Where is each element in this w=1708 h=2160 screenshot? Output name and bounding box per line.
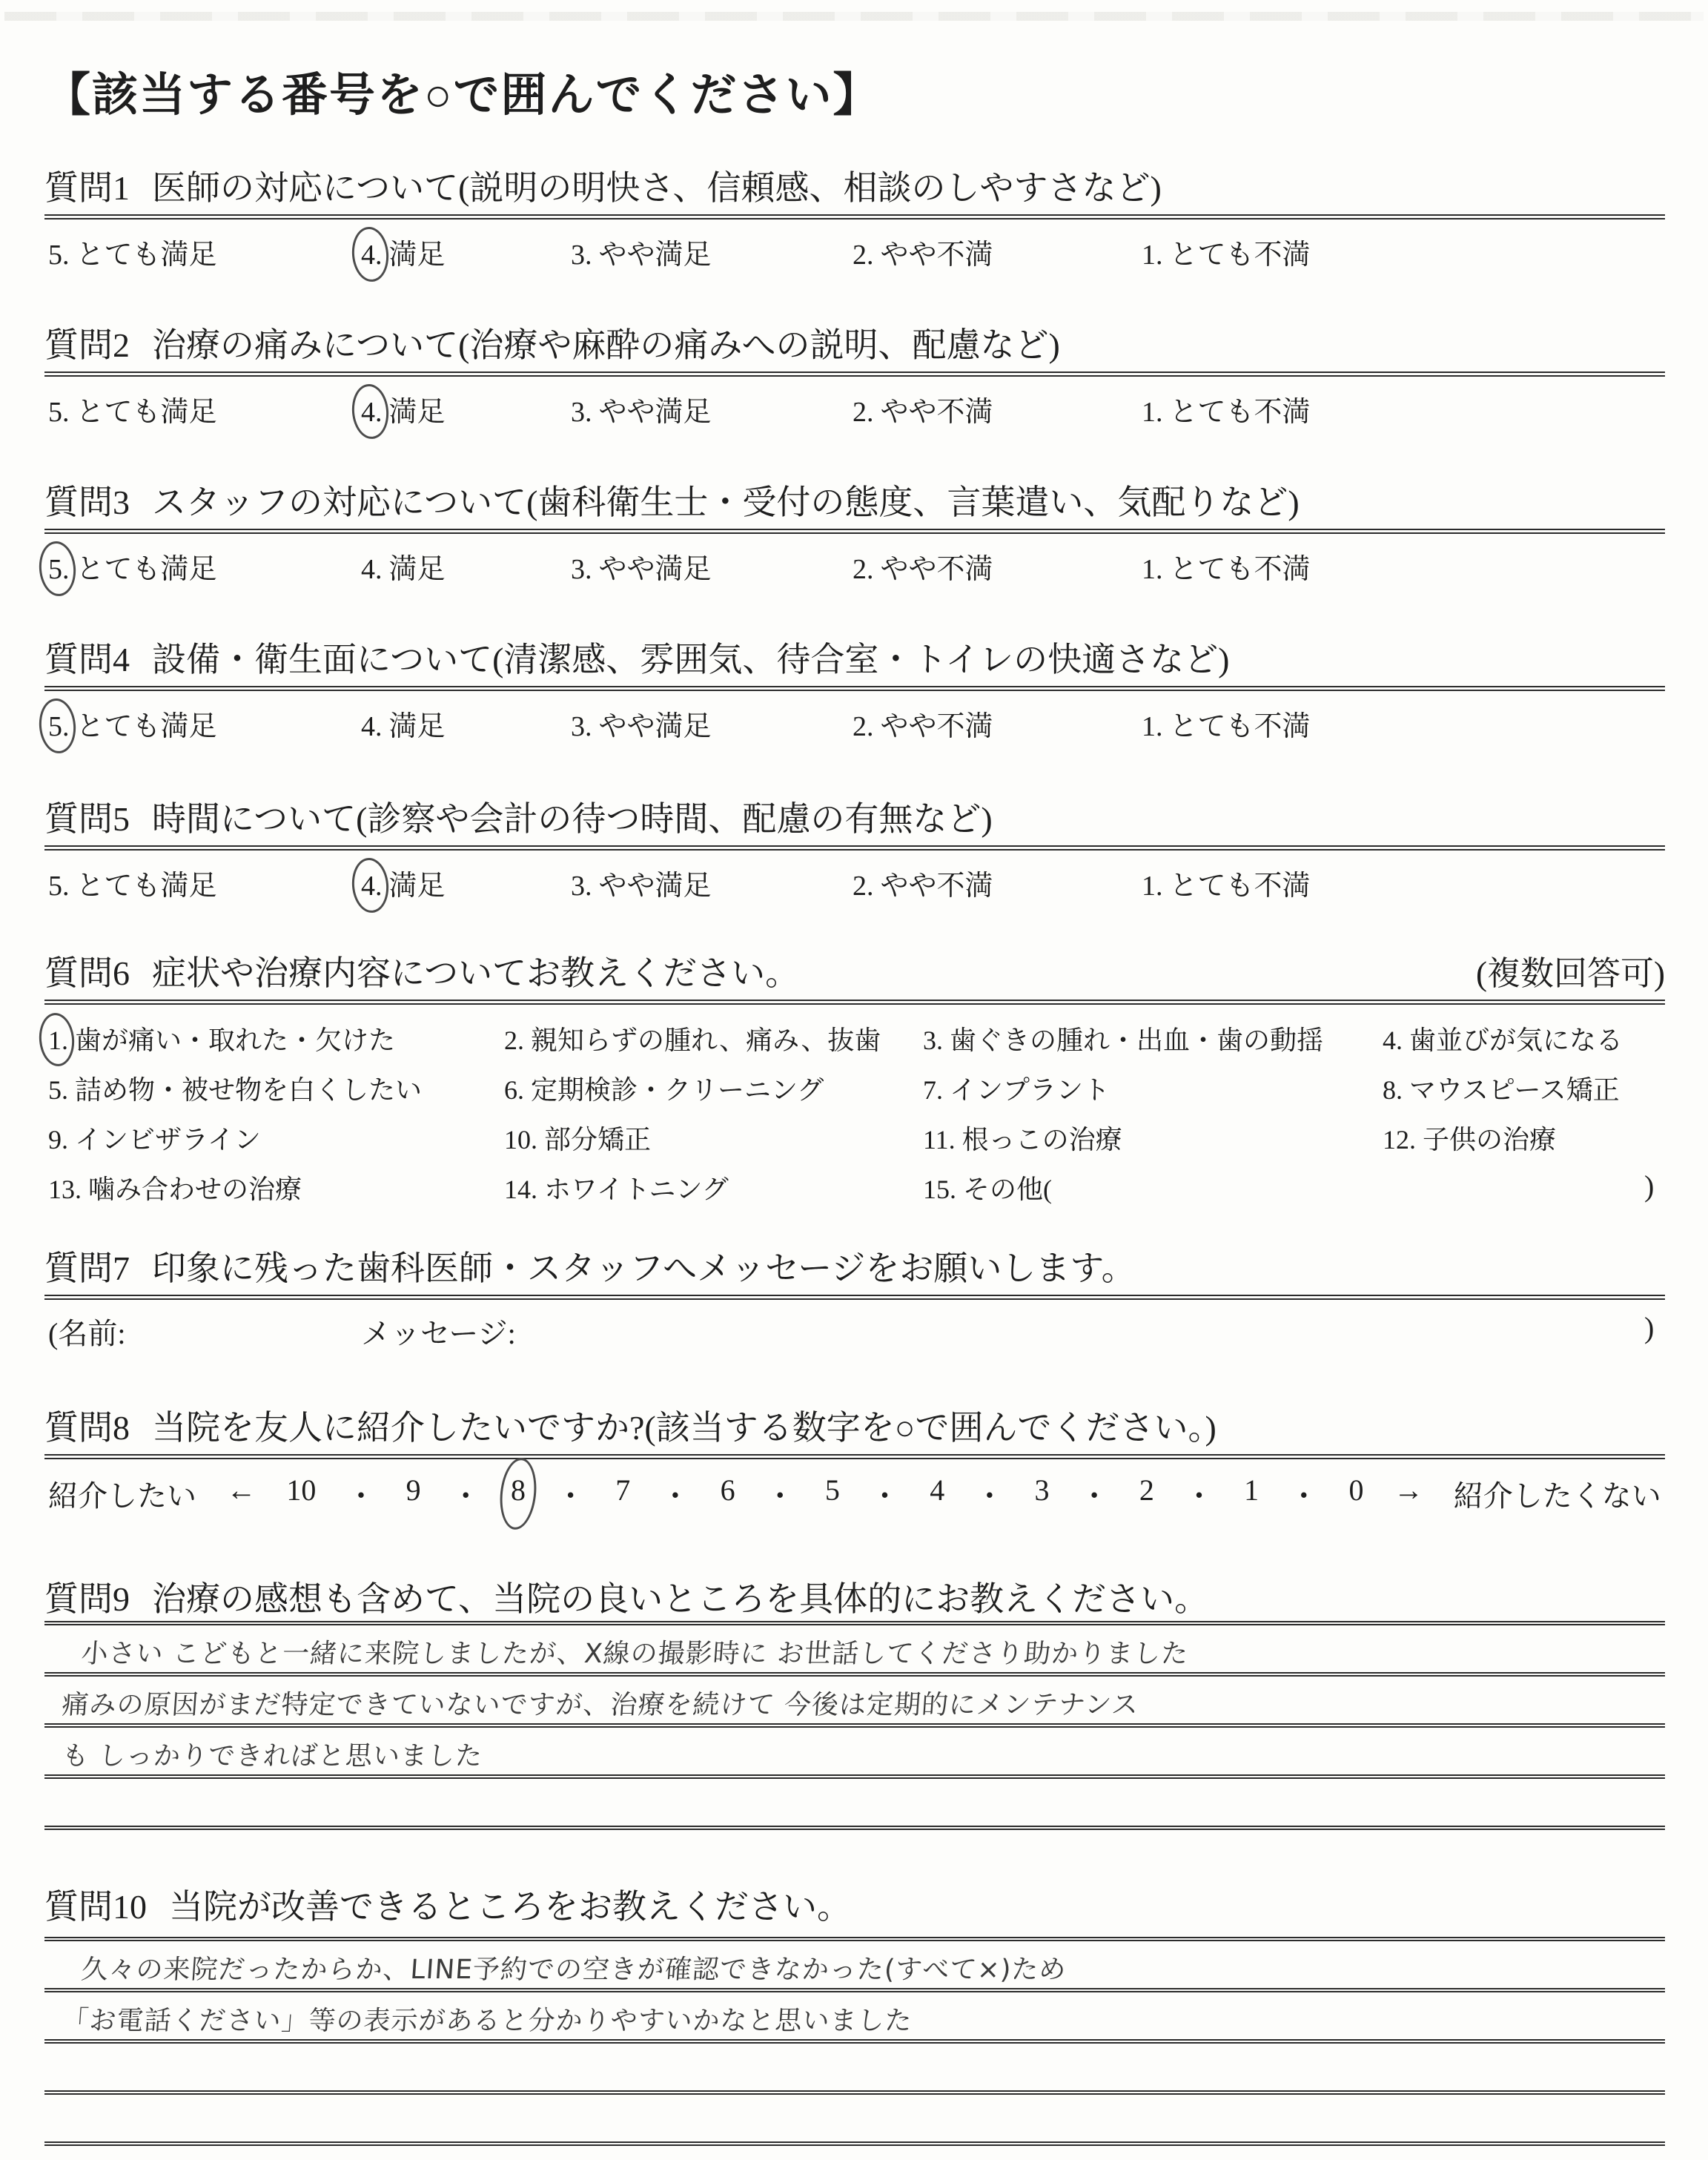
option-number: 3. (571, 710, 592, 743)
nps-number: 3 (1035, 1473, 1050, 1507)
question-block-4: 質問4設備・衛生面について(清潔感、雰囲気、待合室・トイレの快適さなど) 5.と… (44, 638, 1665, 749)
option-number: 7. (923, 1074, 943, 1106)
rating-option: 1.とても不満 (1142, 546, 1311, 587)
rating-options-row: 5.とても満足 4.満足 3.やや満足 2.やや不満 1.とても不満 (44, 231, 1665, 277)
question-text: 症状や治療内容についてお教えください。 (152, 954, 799, 992)
option-number: 6. (504, 1074, 524, 1106)
question-block-5: 質問5時間について(診察や会計の待つ時間、配慮の有無など) 5.とても満足 4.… (44, 798, 1665, 908)
message-entry-row: (名前: メッセージ: ) (44, 1310, 1665, 1352)
rating-options-row: 5.とても満足 4.満足 3.やや満足 2.やや不満 1.とても不満 (44, 703, 1665, 749)
question-text: 時間について(診察や会計の待つ時間、配慮の有無など) (152, 800, 993, 838)
rating-option: 1.とても不満 (1142, 231, 1311, 272)
symptom-option: 11.根っこの治療 (923, 1119, 1122, 1157)
option-label: とても不満 (1170, 240, 1311, 271)
option-number: 4. (1383, 1025, 1403, 1056)
question-number: 質問1 (44, 169, 130, 207)
symptom-option: 4.歯並びが気になる (1383, 1020, 1623, 1057)
question-block-6: 質問6症状や治療内容についてお教えください。 (複数回答可) 1.歯が痛い・取れ… (44, 946, 1665, 1218)
option-label: 噛み合わせの治療 (88, 1175, 302, 1204)
option-number: 5. (48, 396, 70, 429)
option-number: 2. (853, 710, 874, 743)
dot-separator: ・ (1184, 1473, 1214, 1515)
option-number: 3. (571, 396, 592, 429)
option-number: 14. (504, 1174, 537, 1205)
rating-option: 2.やや不満 (853, 389, 993, 429)
option-number: 13. (48, 1174, 82, 1205)
section-rule (44, 1000, 1665, 1005)
option-number: 1. (1142, 710, 1163, 743)
option-number: 4. (361, 553, 383, 586)
scan-artifact-band (4, 12, 1704, 21)
answer-line: も しっかりできればと思いました (44, 1728, 1665, 1779)
option-label: 歯ぐきの腫れ・出血・歯の動揺 (950, 1025, 1323, 1055)
section-rule (44, 1454, 1665, 1459)
handwritten-text: も しっかりできればと思いました (61, 1735, 484, 1773)
option-number: 2. (853, 553, 874, 586)
answer-line: 痛みの原因がまだ特定できていないですが、治療を続けて 今後は定期的にメンテナンス (44, 1677, 1665, 1728)
option-label: とても満足 (76, 711, 217, 742)
option-label: 部分矯正 (544, 1125, 651, 1155)
option-label: やや不満 (881, 711, 993, 742)
answer-area: 小さい こどもと一緒に来院しましたが、X線の撮影時に お世話してくださり助かりま… (44, 1621, 1665, 1830)
rating-option: 3.やや満足 (571, 546, 712, 587)
section-rule (44, 1295, 1665, 1300)
symptom-option: 6.定期検診・クリーニング (504, 1069, 824, 1107)
dot-separator: ・ (661, 1473, 690, 1515)
nps-number: 5 (825, 1473, 840, 1507)
option-label: 子供の治療 (1423, 1125, 1556, 1155)
option-number: 2. (853, 239, 874, 271)
form-title: 【該当する番号を○で囲んでください】 (44, 58, 1665, 124)
question-heading: 質問6症状や治療内容についてお教えください。 (44, 952, 799, 995)
section-rule (44, 371, 1665, 377)
option-label: 歯並びが気になる (1409, 1025, 1623, 1055)
option-label: マウスピース矯正 (1409, 1075, 1620, 1105)
nps-number: 1 (1244, 1473, 1259, 1507)
rating-option: 4.満足 (361, 862, 446, 903)
symptom-row: 1.歯が痛い・取れた・欠けた 2.親知らずの腫れ、痛み、抜歯 3.歯ぐきの腫れ・… (44, 1020, 1665, 1069)
option-number: 5. (48, 553, 70, 586)
name-label: (名前: (48, 1310, 125, 1353)
nps-number: 10 (286, 1473, 316, 1507)
nps-number: 7 (615, 1473, 630, 1507)
option-number: 2. (853, 870, 874, 902)
nps-number: 6 (721, 1473, 735, 1507)
rating-option: 5.とても満足 (48, 231, 217, 272)
section-rule (44, 845, 1665, 851)
option-number: 3. (571, 870, 592, 902)
question-heading: 質問8当院を友人に紹介したいですか?(該当する数字を○で囲んでください。) (44, 1407, 1665, 1450)
question-number: 質問5 (44, 800, 130, 838)
rating-option: 1.とても不満 (1142, 862, 1311, 903)
option-number: 3. (923, 1025, 943, 1056)
question-block-3: 質問3スタッフの対応について(歯科衛生士・受付の態度、言葉遣い、気配りなど) 5… (44, 481, 1665, 592)
question-heading: 質問3スタッフの対応について(歯科衛生士・受付の態度、言葉遣い、気配りなど) (44, 481, 1665, 524)
question-number: 質問7 (44, 1249, 130, 1287)
option-label: 定期検診・クリーニング (531, 1075, 824, 1105)
question-block-8: 質問8当院を友人に紹介したいですか?(該当する数字を○で囲んでください。) 紹介… (44, 1407, 1665, 1515)
answer-line (44, 1779, 1665, 1830)
answer-line (44, 2044, 1665, 2095)
option-label: やや満足 (599, 711, 712, 742)
option-label: その他( (963, 1175, 1052, 1204)
option-number: 12. (1383, 1124, 1416, 1155)
question-heading: 質問2治療の痛みについて(治療や麻酔の痛みへの説明、配慮など) (44, 324, 1665, 367)
rating-option: 4.満足 (361, 703, 446, 744)
dot-separator: ・ (1289, 1473, 1319, 1515)
option-label: インプラント (950, 1075, 1110, 1105)
option-number: 9. (48, 1124, 68, 1155)
option-number: 1. (1142, 396, 1163, 429)
option-label: とても満足 (76, 240, 217, 271)
question-text: 当院が改善できるところをお教えください。 (169, 1888, 851, 1926)
option-label: やや満足 (599, 554, 712, 585)
nps-number: 8 (511, 1473, 526, 1507)
option-number: 5. (48, 239, 70, 271)
rating-option: 1.とても不満 (1142, 703, 1311, 744)
question-number: 質問6 (44, 954, 130, 992)
question-heading: 質問5時間について(診察や会計の待つ時間、配慮の有無など) (44, 798, 1665, 841)
question-number: 質問3 (44, 483, 130, 521)
survey-scan-page: 【該当する番号を○で囲んでください】 質問1医師の対応について(説明の明快さ、信… (0, 0, 1708, 2160)
answer-line: 久々の来院だったからか、LINE予約での空きが確認できなかった(すべて×)ため (44, 1941, 1665, 1992)
option-number: 2. (504, 1025, 524, 1056)
handwritten-text: 小さい こどもと一緒に来院しましたが、X線の撮影時に お世話してくださり助かりま… (80, 1633, 1190, 1671)
symptom-option: 9.インビザライン (48, 1119, 261, 1157)
question-number: 質問10 (44, 1888, 147, 1926)
rating-option: 5.とても満足 (48, 389, 217, 429)
option-label: とても不満 (1170, 397, 1311, 428)
section-rule (44, 214, 1665, 219)
option-label: 根っこの治療 (962, 1125, 1122, 1155)
question-heading: 質問4設備・衛生面について(清潔感、雰囲気、待合室・トイレの快適さなど) (44, 638, 1665, 681)
dot-separator: ・ (556, 1473, 586, 1515)
question-number: 質問4 (44, 641, 130, 678)
question-block-9: 質問9治療の感想も含めて、当院の良いところを具体的にお教えください。 小さい こ… (44, 1578, 1665, 1830)
rating-option: 3.やや満足 (571, 389, 712, 429)
question-number: 質問2 (44, 326, 130, 364)
symptom-row: 13.噛み合わせの治療 14.ホワイトニング 15.その他( ) (44, 1169, 1665, 1218)
nps-number: 2 (1139, 1473, 1154, 1507)
close-paren: ) (1644, 1310, 1654, 1345)
rating-option: 4.満足 (361, 231, 446, 272)
symptom-option: 2.親知らずの腫れ、痛み、抜歯 (504, 1020, 881, 1057)
option-number: 3. (571, 239, 592, 271)
question-heading: 質問10当院が改善できるところをお教えください。 (44, 1886, 1665, 1929)
question-text: 治療の感想も含めて、当院の良いところを具体的にお教えください。 (152, 1580, 1208, 1618)
option-label: 詰め物・被せ物を白くしたい (75, 1075, 422, 1105)
option-label: 満足 (389, 871, 446, 902)
option-number: 1. (1142, 553, 1163, 586)
symptom-option: 10.部分矯正 (504, 1119, 651, 1157)
option-label: 満足 (389, 554, 446, 585)
option-label: 満足 (389, 240, 446, 271)
symptom-option: 3.歯ぐきの腫れ・出血・歯の動揺 (923, 1020, 1323, 1057)
section-rule (44, 686, 1665, 691)
option-number: 1. (1142, 870, 1163, 902)
symptom-option: 13.噛み合わせの治療 (48, 1169, 302, 1206)
question-heading: 質問7印象に残った歯科医師・スタッフへメッセージをお願いします。 (44, 1247, 1665, 1290)
dot-separator: ・ (975, 1473, 1004, 1515)
option-number: 3. (571, 553, 592, 586)
dot-separator: ・ (870, 1473, 900, 1515)
dot-separator: ・ (346, 1473, 376, 1515)
option-number: 1. (48, 1025, 68, 1056)
question-number: 質問8 (44, 1409, 130, 1447)
question-text: 当院を友人に紹介したいですか?(該当する数字を○で囲んでください。) (152, 1409, 1217, 1447)
answer-line: 「お電話ください」等の表示があると分かりやすいかなと思いました (44, 1992, 1665, 2044)
message-label: メッセージ: (361, 1310, 516, 1353)
symptom-option: 7.インプラント (923, 1069, 1110, 1107)
option-number: 10. (504, 1124, 537, 1155)
question-block-1: 質問1医師の対応について(説明の明快さ、信頼感、相談のしやすさなど) 5.とても… (44, 167, 1665, 277)
handwritten-text: 痛みの原因がまだ特定できていないですが、治療を続けて 今後は定期的にメンテナンス (61, 1684, 1140, 1722)
dot-separator: ・ (765, 1473, 795, 1515)
rating-option: 3.やや満足 (571, 862, 712, 903)
option-number: 4. (361, 710, 383, 743)
question-heading: 質問1医師の対応について(説明の明快さ、信頼感、相談のしやすさなど) (44, 167, 1665, 210)
symptom-option: 1.歯が痛い・取れた・欠けた (48, 1020, 395, 1057)
question-text: スタッフの対応について(歯科衛生士・受付の態度、言葉遣い、気配りなど) (152, 483, 1300, 521)
option-label: やや不満 (881, 240, 993, 271)
symptom-row: 5.詰め物・被せ物を白くしたい 6.定期検診・クリーニング 7.インプラント 8… (44, 1069, 1665, 1119)
rating-option: 3.やや満足 (571, 231, 712, 272)
right-arrow-icon: → (1394, 1473, 1423, 1507)
option-number: 5. (48, 870, 70, 902)
nps-left-label: 紹介したい (48, 1473, 196, 1515)
option-label: やや不満 (881, 871, 993, 902)
option-number: 1. (1142, 239, 1163, 271)
option-label: やや不満 (881, 554, 993, 585)
dot-separator: ・ (451, 1473, 480, 1515)
rating-option: 4.満足 (361, 389, 446, 429)
rating-options-row: 5.とても満足 4.満足 3.やや満足 2.やや不満 1.とても不満 (44, 862, 1665, 908)
option-label: とても不満 (1170, 711, 1311, 742)
question-number: 質問9 (44, 1580, 130, 1618)
rating-option: 2.やや不満 (853, 862, 993, 903)
nps-number: 0 (1348, 1473, 1363, 1507)
option-label: やや不満 (881, 397, 993, 428)
option-label: とても不満 (1170, 871, 1311, 902)
rating-options-row: 5.とても満足 4.満足 3.やや満足 2.やや不満 1.とても不満 (44, 546, 1665, 592)
option-number: 5. (48, 1074, 68, 1106)
question-text: 設備・衛生面について(清潔感、雰囲気、待合室・トイレの快適さなど) (152, 641, 1229, 678)
rating-option: 5.とても満足 (48, 703, 217, 744)
left-arrow-icon: ← (227, 1473, 256, 1507)
option-number: 2. (853, 396, 874, 429)
option-label: やや満足 (599, 240, 712, 271)
dot-separator: ・ (1079, 1473, 1109, 1515)
question-heading: 質問9治療の感想も含めて、当院の良いところを具体的にお教えください。 (44, 1578, 1665, 1621)
option-label: 満足 (389, 397, 446, 428)
option-label: とても満足 (76, 871, 217, 902)
question-block-2: 質問2治療の痛みについて(治療や麻酔の痛みへの説明、配慮など) 5.とても満足 … (44, 324, 1665, 435)
option-label: やや満足 (599, 871, 712, 902)
rating-option: 2.やや不満 (853, 231, 993, 272)
rating-option: 2.やや不満 (853, 546, 993, 587)
section-rule (44, 529, 1665, 534)
symptom-option: 14.ホワイトニング (504, 1169, 729, 1206)
option-number: 5. (48, 710, 70, 743)
rating-option: 2.やや不満 (853, 703, 993, 744)
option-label: 満足 (389, 711, 446, 742)
question-block-10: 質問10当院が改善できるところをお教えください。 久々の来院だったからか、LIN… (44, 1886, 1665, 2146)
rating-option: 3.やや満足 (571, 703, 712, 744)
question-text: 医師の対応について(説明の明快さ、信頼感、相談のしやすさなど) (152, 169, 1162, 207)
option-label: やや満足 (599, 397, 712, 428)
symptom-option: 15.その他( (923, 1169, 1052, 1206)
nps-number: 9 (406, 1473, 421, 1507)
rating-option: 4.満足 (361, 546, 446, 587)
question-block-7: 質問7印象に残った歯科医師・スタッフへメッセージをお願いします。 (名前: メッ… (44, 1247, 1665, 1352)
question-text: 印象に残った歯科医師・スタッフへメッセージをお願いします。 (152, 1249, 1136, 1287)
rating-option: 5.とても満足 (48, 862, 217, 903)
answer-line (44, 2095, 1665, 2146)
option-label: インビザライン (75, 1125, 261, 1155)
handwritten-text: 「お電話ください」等の表示があると分かりやすいかなと思いました (61, 2000, 914, 2038)
option-number: 4. (361, 870, 383, 902)
option-label: とても満足 (76, 397, 217, 428)
answer-area: 久々の来院だったからか、LINE予約での空きが確認できなかった(すべて×)ため … (44, 1937, 1665, 2146)
option-label: とても満足 (76, 554, 217, 585)
nps-right-label: 紹介したくない (1454, 1473, 1661, 1515)
answer-line: 小さい こどもと一緒に来院しましたが、X線の撮影時に お世話してくださり助かりま… (44, 1625, 1665, 1677)
symptom-option: 12.子供の治療 (1383, 1119, 1556, 1157)
option-number: 11. (923, 1124, 956, 1155)
option-number: 15. (923, 1174, 956, 1205)
option-label: とても不満 (1170, 554, 1311, 585)
symptom-row: 9.インビザライン 10.部分矯正 11.根っこの治療 12.子供の治療 (44, 1119, 1665, 1169)
symptom-option: 8.マウスピース矯正 (1383, 1069, 1620, 1107)
symptom-options: 1.歯が痛い・取れた・欠けた 2.親知らずの腫れ、痛み、抜歯 3.歯ぐきの腫れ・… (44, 1020, 1665, 1218)
multi-answer-note: (複数回答可) (1476, 946, 1665, 994)
option-number: 4. (361, 239, 383, 271)
handwritten-text: 久々の来院だったからか、LINE予約での空きが確認できなかった(すべて×)ため (80, 1949, 1067, 1986)
nps-number: 4 (930, 1473, 944, 1507)
rating-option: 1.とても不満 (1142, 389, 1311, 429)
rating-options-row: 5.とても満足 4.満足 3.やや満足 2.やや不満 1.とても不満 (44, 389, 1665, 435)
question-text: 治療の痛みについて(治療や麻酔の痛みへの説明、配慮など) (152, 326, 1060, 364)
option-number: 4. (361, 396, 383, 429)
option-number: 8. (1383, 1074, 1403, 1106)
option-label: 親知らずの腫れ、痛み、抜歯 (531, 1025, 881, 1055)
nps-scale: 紹介したい ← 10 ・ 9 ・ 8 ・ 7 ・ 6 ・ 5 ・ 4 ・ 3 ・… (44, 1473, 1665, 1515)
option-label: ホワイトニング (544, 1175, 729, 1204)
option-label: 歯が痛い・取れた・欠けた (75, 1025, 395, 1055)
rating-option: 5.とても満足 (48, 546, 217, 587)
symptom-option: 5.詰め物・被せ物を白くしたい (48, 1069, 422, 1107)
other-close-paren: ) (1644, 1169, 1654, 1203)
